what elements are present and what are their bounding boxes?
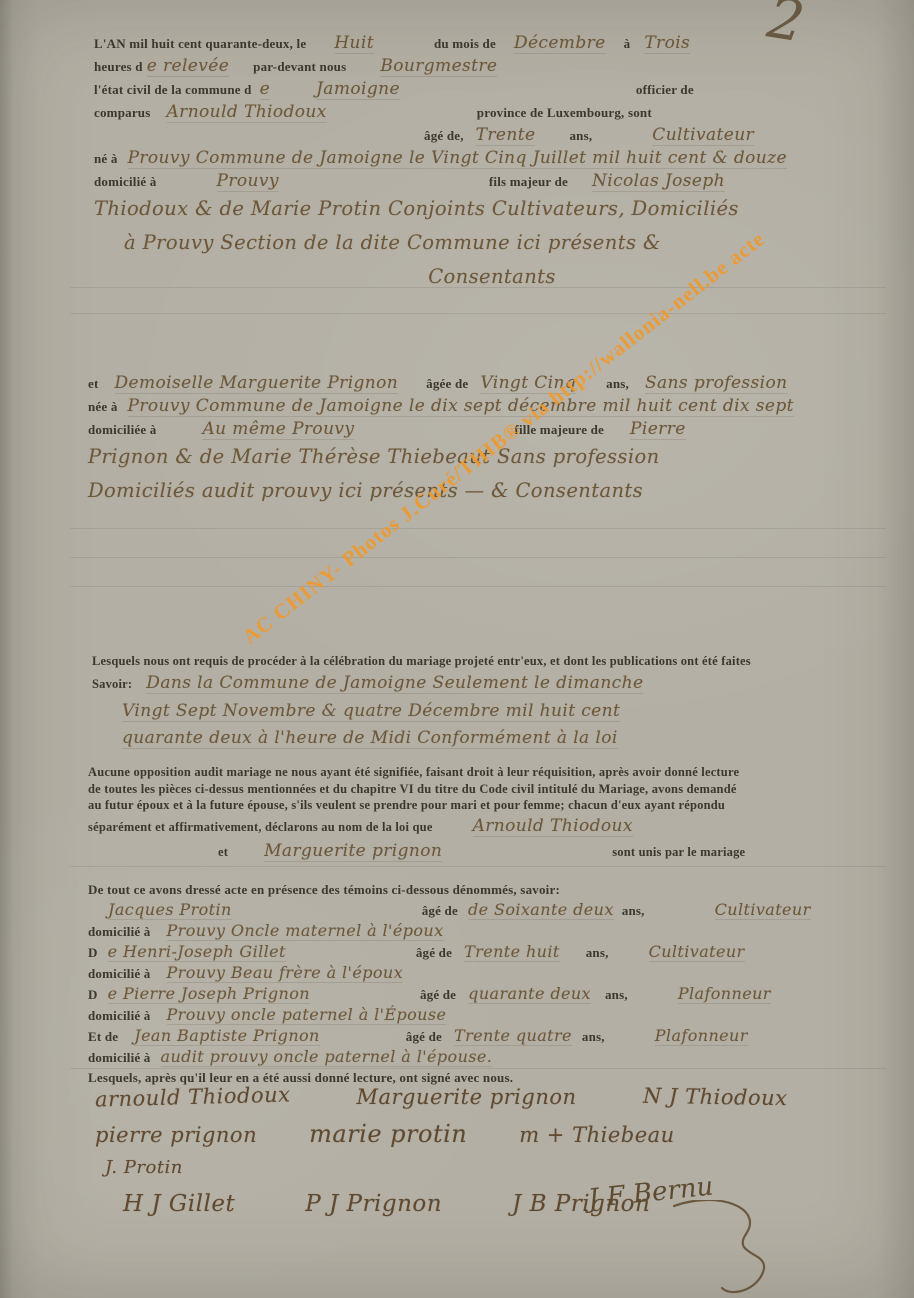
text-line: Aucune opposition audit mariage ne nous … xyxy=(88,764,888,781)
printed-text: Aucune opposition audit mariage ne nous … xyxy=(88,765,739,779)
opposition-paragraph: Aucune opposition audit mariage ne nous … xyxy=(88,764,888,864)
printed-text: officier de xyxy=(636,82,694,97)
handwritten-text: Prignon & de Marie Thérèse Thiebeaut San… xyxy=(88,445,660,468)
handwritten-text: Au même Prouvy xyxy=(202,419,354,440)
handwritten-text: Prouvy oncle paternel à l'Épouse xyxy=(167,1005,447,1025)
ruled-line xyxy=(70,866,886,867)
ruled-line xyxy=(70,528,886,529)
handwritten-text: e Pierre Joseph Prignon xyxy=(108,984,310,1004)
ruled-line xyxy=(70,313,886,314)
handwritten-text: Plafonneur xyxy=(655,1026,748,1046)
text-line: séparément et affirmativement, déclarons… xyxy=(88,814,888,839)
signature-flourish xyxy=(660,1200,790,1298)
printed-text: né à xyxy=(94,151,118,166)
text-line: etDemoiselle Marguerite Prignonâgée deVi… xyxy=(88,372,888,395)
printed-text: à xyxy=(624,36,631,51)
handwritten-text: Cultivateur xyxy=(715,900,811,920)
text-line: domicilié àProuvy Oncle maternel à l'épo… xyxy=(88,921,900,942)
text-line: Et deJean Baptiste Prignonâgé deTrente q… xyxy=(88,1026,900,1047)
printed-text: âgé de xyxy=(420,987,456,1002)
handwritten-text: Trente huit xyxy=(464,942,560,962)
text-line: De Henri-Joseph Gilletâgé deTrente huita… xyxy=(88,942,900,963)
text-line: Savoir:Dans la Commune de Jamoigne Seule… xyxy=(92,670,892,698)
signature-bride-father: pierre prignon xyxy=(95,1117,257,1153)
printed-text: ans, xyxy=(582,1029,605,1044)
text-line: Consentants xyxy=(94,261,890,295)
publications-paragraph: Lesquels nous ont requis de procéder à l… xyxy=(92,652,892,752)
groom-paragraph: L'AN mil huit cent quarante-deux, leHuit… xyxy=(94,32,890,295)
printed-text: province de Luxembourg, sont xyxy=(477,105,652,120)
handwritten-text: Demoiselle Marguerite Prignon xyxy=(115,373,399,394)
text-line: à Prouvy Section de la dite Commune ici … xyxy=(94,227,890,261)
printed-text: domiciliée à xyxy=(88,422,156,437)
ruled-line xyxy=(70,557,886,558)
handwritten-text: Arnould Thiodoux xyxy=(167,102,327,123)
signature-groom-father: N J Thiodoux xyxy=(642,1077,787,1118)
scanned-marriage-record: 2 L'AN mil huit cent quarante-deux, leHu… xyxy=(0,0,914,1298)
printed-text: l'état civil de la commune d xyxy=(94,82,252,97)
handwritten-text: Nicolas Joseph xyxy=(592,171,725,192)
printed-text: fils majeur de xyxy=(489,174,568,189)
signature-row: arnould Thiodoux Marguerite prignon N J … xyxy=(95,1078,835,1116)
text-line: L'AN mil huit cent quarante-deux, leHuit… xyxy=(94,32,890,55)
text-line: née àProuvy Commune de Jamoigne le dix s… xyxy=(88,395,888,418)
printed-text: domicilié à xyxy=(88,1008,151,1023)
text-line: Jacques Protinâgé dede Soixante deuxans,… xyxy=(88,900,900,921)
signature-groom: arnould Thiodoux xyxy=(95,1075,291,1118)
handwritten-text: Huit xyxy=(334,33,374,54)
handwritten-text: Plafonneur xyxy=(678,984,771,1004)
printed-text: née à xyxy=(88,399,118,414)
signature-witness-gillet: H J Gillet xyxy=(123,1183,235,1225)
text-line: Thiodoux & de Marie Protin Conjoints Cul… xyxy=(94,193,890,227)
handwritten-text: Prouvy Oncle maternel à l'époux xyxy=(167,921,444,941)
signature-witness-protin: J. Protin xyxy=(105,1153,183,1183)
handwritten-text: Prouvy Commune de Jamoigne le Vingt Cinq… xyxy=(128,148,787,169)
text-line: domicilié àaudit prouvy oncle paternel à… xyxy=(88,1047,900,1068)
printed-text: heures d xyxy=(94,59,143,74)
text-line: domicilié àProuvy Beau frère à l'époux xyxy=(88,963,900,984)
handwritten-text: e relevée xyxy=(147,56,229,77)
handwritten-text: Bourgmestre xyxy=(380,56,497,77)
handwritten-text: Prouvy xyxy=(217,171,279,192)
handwritten-text: Prouvy Beau frère à l'époux xyxy=(167,963,404,983)
printed-text: ans, xyxy=(605,987,628,1002)
printed-text: par-devant nous xyxy=(253,59,346,74)
text-line: etMarguerite prignonsont unis par le mar… xyxy=(88,839,888,864)
handwritten-text: Arnould Thiodoux xyxy=(473,816,633,837)
printed-text: âgé de xyxy=(406,1029,442,1044)
printed-text: ans, xyxy=(606,376,629,391)
signature-row: pierre prignon marie protin m + Thiebeau xyxy=(95,1116,835,1153)
handwritten-text: Domiciliés audit prouvy ici présents — &… xyxy=(88,479,643,502)
handwritten-text: Trois xyxy=(644,33,690,54)
printed-text: Lesquels nous ont requis de procéder à l… xyxy=(92,654,751,668)
printed-text: âgé de, xyxy=(424,128,464,143)
text-line: Domiciliés audit prouvy ici présents — &… xyxy=(88,475,888,509)
printed-text: domicilié à xyxy=(88,1050,151,1065)
text-line: heures de relevéepar-devant nousBourgmes… xyxy=(94,55,890,78)
signature-bride: Marguerite prignon xyxy=(356,1078,576,1116)
text-line: domicilié àProuvy oncle paternel à l'Épo… xyxy=(88,1005,900,1026)
handwritten-text: Pierre xyxy=(630,419,686,440)
printed-text: au futur époux et à la future épouse, s'… xyxy=(88,798,725,812)
printed-text: Et de xyxy=(88,1029,118,1044)
text-line: Lesquels nous ont requis de procéder à l… xyxy=(92,652,892,670)
printed-text: domicilié à xyxy=(88,924,151,939)
printed-text: ans, xyxy=(569,128,592,143)
printed-text: âgé de xyxy=(422,903,458,918)
printed-text: et xyxy=(88,376,99,391)
text-line: né àProuvy Commune de Jamoigne le Vingt … xyxy=(94,147,890,170)
text-line: De Pierre Joseph Prignonâgé dequarante d… xyxy=(88,984,900,1005)
printed-text: domicilié à xyxy=(88,966,151,981)
signature-row: J. Protin xyxy=(95,1153,835,1183)
handwritten-text: Prouvy Commune de Jamoigne le dix sept d… xyxy=(128,396,794,417)
witnesses-paragraph: De tout ce avons dressé acte en présence… xyxy=(88,880,900,1088)
handwritten-text: Jamoigne xyxy=(316,79,400,100)
handwritten-text: Consentants xyxy=(428,265,556,288)
handwritten-text: Jean Baptiste Prignon xyxy=(134,1026,320,1046)
printed-text: Savoir: xyxy=(92,677,132,691)
handwritten-text: Cultivateur xyxy=(652,125,754,146)
handwritten-text: e Henri-Joseph Gillet xyxy=(108,942,286,962)
printed-text: comparus xyxy=(94,105,151,120)
printed-text: et xyxy=(218,845,228,859)
printed-text: L'AN mil huit cent quarante-deux, le xyxy=(94,36,306,51)
printed-text: du mois de xyxy=(434,36,496,51)
handwritten-text: e xyxy=(260,79,270,100)
text-line: Vingt Sept Novembre & quatre Décembre mi… xyxy=(92,698,892,725)
text-line: l'état civil de la commune deJamoigneoff… xyxy=(94,78,890,101)
handwritten-text: Décembre xyxy=(514,33,606,54)
handwritten-text: de Soixante deux xyxy=(468,900,614,920)
handwritten-text: Cultivateur xyxy=(649,942,745,962)
ruled-line xyxy=(70,586,886,587)
text-line: domicilié àProuvyfils majeur deNicolas J… xyxy=(94,170,890,193)
printed-text: âgé de xyxy=(416,945,452,960)
printed-text: âgée de xyxy=(426,376,468,391)
signature-bride-mother-mark: m + Thiebeau xyxy=(519,1117,674,1153)
text-line: âgé de,Trenteans,Cultivateur xyxy=(94,124,890,147)
handwritten-text: quarante deux xyxy=(468,984,591,1004)
printed-text: séparément et affirmativement, déclarons… xyxy=(88,820,433,834)
printed-text: de toutes les pièces ci-dessus mentionné… xyxy=(88,782,737,796)
handwritten-text: audit prouvy oncle paternel à l'épouse. xyxy=(161,1047,493,1067)
text-line: au futur époux et à la future épouse, s'… xyxy=(88,797,888,814)
signature-groom-mother: marie protin xyxy=(309,1116,467,1152)
handwritten-text: quarante deux à l'heure de Midi Conformé… xyxy=(122,728,618,749)
text-line: de toutes les pièces ci-dessus mentionné… xyxy=(88,781,888,798)
handwritten-text: Marguerite prignon xyxy=(264,841,442,862)
handwritten-text: à Prouvy Section de la dite Commune ici … xyxy=(124,231,661,254)
printed-text: ans, xyxy=(622,903,645,918)
handwritten-text: Dans la Commune de Jamoigne Seulement le… xyxy=(146,673,643,694)
handwritten-text: Thiodoux & de Marie Protin Conjoints Cul… xyxy=(94,197,739,220)
handwritten-text: Trente quatre xyxy=(454,1026,572,1046)
handwritten-text: Sans profession xyxy=(645,373,788,394)
printed-text: ans, xyxy=(586,945,609,960)
handwritten-text: Vingt Sept Novembre & quatre Décembre mi… xyxy=(122,701,620,722)
text-line: De tout ce avons dressé acte en présence… xyxy=(88,880,900,900)
printed-text: D xyxy=(88,945,98,960)
handwritten-text: Trente xyxy=(476,125,536,146)
text-line: comparusArnould Thiodouxprovince de Luxe… xyxy=(94,101,890,124)
signature-witness-pj-prignon: P J Prignon xyxy=(305,1183,442,1225)
printed-text: De tout ce avons dressé acte en présence… xyxy=(88,882,560,897)
printed-text: domicilié à xyxy=(94,174,157,189)
text-line: quarante deux à l'heure de Midi Conformé… xyxy=(92,725,892,752)
handwritten-text: Jacques Protin xyxy=(108,900,232,920)
printed-text: sont unis par le mariage xyxy=(612,845,745,859)
printed-text: D xyxy=(88,987,98,1002)
